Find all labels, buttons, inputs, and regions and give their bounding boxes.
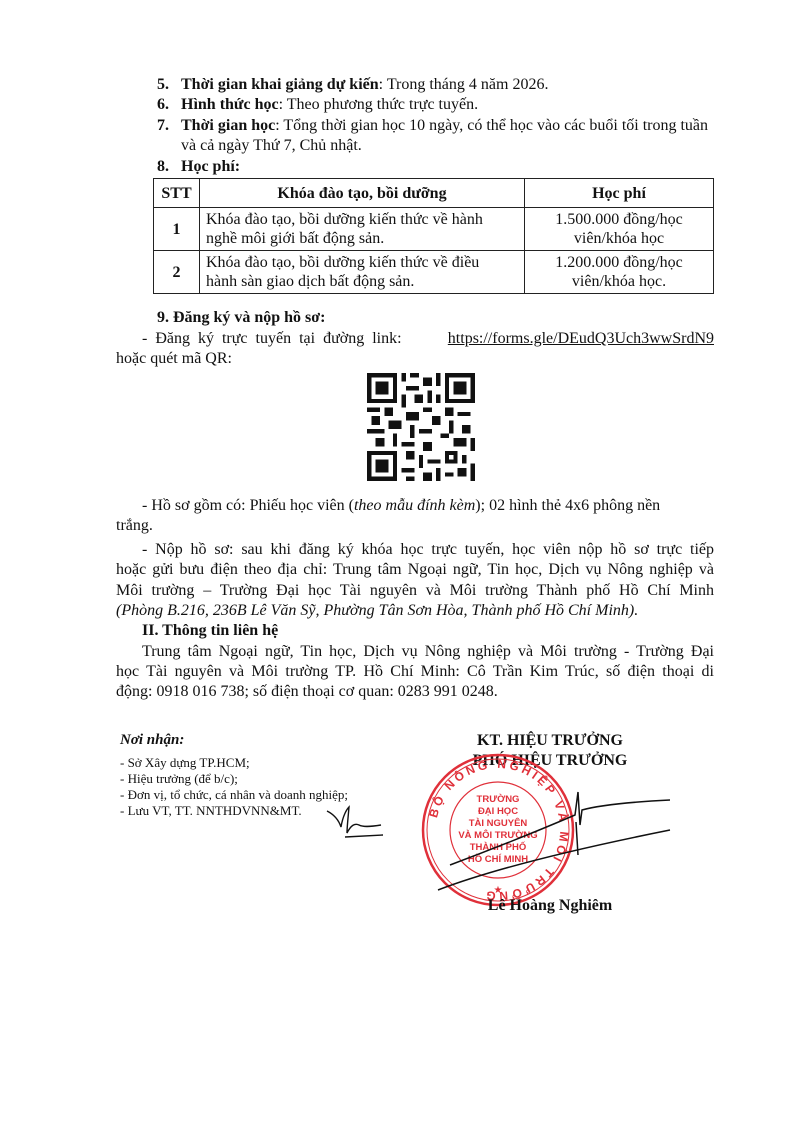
row-fee: 1.200.000 đồng/họcviên/khóa học. bbox=[525, 251, 714, 294]
row-fee: 1.500.000 đồng/họcviên/khóa học bbox=[525, 208, 714, 251]
row-stt: 1 bbox=[154, 208, 200, 251]
signer-name: Lê Hoàng Nghiêm bbox=[430, 896, 670, 916]
documents-cont: trắng. bbox=[116, 517, 153, 535]
item-7-label: Thời gian học bbox=[181, 117, 275, 134]
contact-heading: II. Thông tin liên hệ bbox=[142, 622, 278, 640]
row-stt: 2 bbox=[154, 251, 200, 294]
recipient-item: - Hiệu trưởng (để b/c); bbox=[120, 771, 238, 787]
handwritten-signature-icon bbox=[430, 780, 680, 910]
signature-title-1: KT. HIỆU TRƯỞNG bbox=[430, 731, 670, 751]
recipient-item: - Lưu VT, TT. NNTHDVNN&MT. bbox=[120, 803, 302, 819]
row-course: Khóa đào tạo, bồi dưỡng kiến thức về điề… bbox=[200, 251, 525, 294]
submit-line-1: - Nộp hồ sơ: sau khi đăng ký khóa học tr… bbox=[142, 541, 714, 559]
documents-line: - Hồ sơ gồm có: Phiếu học viên (theo mẫu… bbox=[142, 497, 714, 515]
item-5-label: Thời gian khai giảng dự kiến bbox=[181, 76, 379, 93]
qr-caption: hoặc quét mã QR: bbox=[116, 350, 232, 368]
row-course: Khóa đào tạo, bồi dưỡng kiến thức về hàn… bbox=[200, 208, 525, 251]
qr-code-icon[interactable] bbox=[367, 373, 475, 481]
submit-address: (Phòng B.216, 236B Lê Văn Sỹ, Phường Tân… bbox=[116, 602, 638, 620]
item-8: 8.Học phí: bbox=[157, 158, 240, 176]
recipients-title: Nơi nhận: bbox=[120, 732, 184, 749]
item-8-label: Học phí: bbox=[181, 158, 240, 175]
recipient-item: - Sở Xây dựng TP.HCM; bbox=[120, 755, 250, 771]
registration-heading: 9. Đăng ký và nộp hồ sơ: bbox=[157, 309, 325, 327]
registration-online: - Đăng ký trực tuyến tại đường link: htt… bbox=[142, 330, 714, 348]
initials-signature-icon bbox=[325, 805, 385, 841]
table-row: 1 Khóa đào tạo, bồi dưỡng kiến thức về h… bbox=[154, 208, 714, 251]
recipient-item: - Đơn vị, tổ chức, cá nhân và doanh nghi… bbox=[120, 787, 348, 803]
header-stt: STT bbox=[154, 179, 200, 208]
item-7-cont: và cả ngày Thứ 7, Chủ nhật. bbox=[181, 137, 362, 155]
table-row: 2 Khóa đào tạo, bồi dưỡng kiến thức về đ… bbox=[154, 251, 714, 294]
fee-table: STT Khóa đào tạo, bồi dưỡng Học phí 1 Kh… bbox=[153, 178, 714, 294]
item-5: 5.Thời gian khai giảng dự kiến: Trong th… bbox=[157, 76, 548, 94]
item-6: 6.Hình thức học: Theo phương thức trực t… bbox=[157, 96, 478, 114]
registration-link[interactable]: https://forms.gle/DEudQ3Uch3wwSrdN9 bbox=[448, 330, 714, 348]
contact-line-3: động: 0918 016 738; số điện thoại cơ qua… bbox=[116, 683, 498, 701]
contact-line-1: Trung tâm Ngoại ngữ, Tin học, Dịch vụ Nô… bbox=[142, 643, 714, 661]
contact-line-2: học Tài nguyên và Môi trường TP. Hồ Chí … bbox=[116, 663, 714, 681]
item-6-label: Hình thức học bbox=[181, 96, 279, 113]
header-course: Khóa đào tạo, bồi dưỡng bbox=[200, 179, 525, 208]
item-7: 7.Thời gian học: Tổng thời gian học 10 n… bbox=[157, 117, 708, 135]
submit-line-3: Môi trường – Trường Đại học Tài nguyên v… bbox=[116, 582, 714, 600]
header-fee: Học phí bbox=[525, 179, 714, 208]
table-header-row: STT Khóa đào tạo, bồi dưỡng Học phí bbox=[154, 179, 714, 208]
submit-line-2: hoặc gửi bưu điện theo địa chỉ: Trung tâ… bbox=[116, 561, 714, 579]
